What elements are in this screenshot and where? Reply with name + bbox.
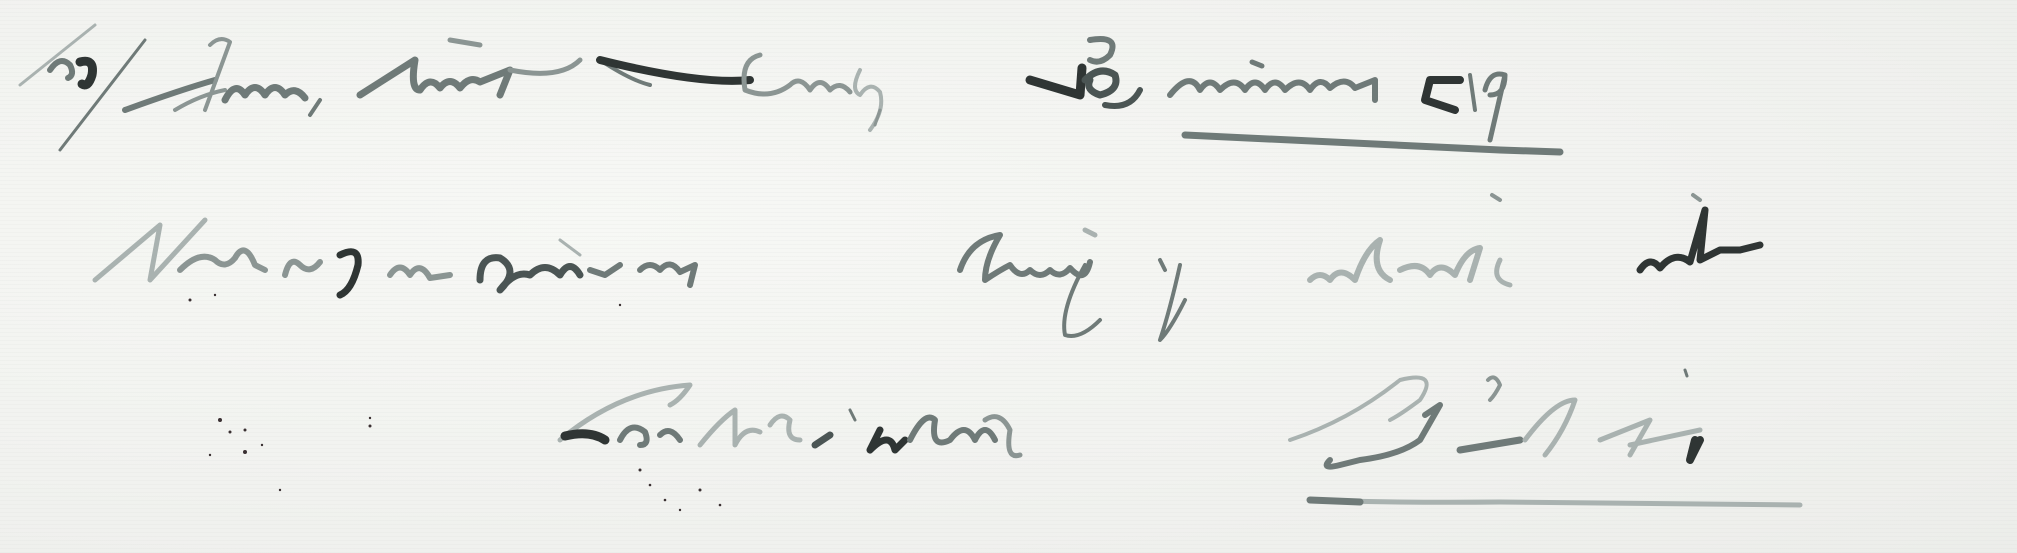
- handwritten-line-3: Postleitstelle Görlitz: [560, 400, 1177, 470]
- handwritten-line-2: Nachzusenden ins Übungsgelände über: [100, 230, 1312, 300]
- handwritten-line-1: Ab/ Herrn Kurt Schütz, Postnummer 519: [40, 55, 1282, 125]
